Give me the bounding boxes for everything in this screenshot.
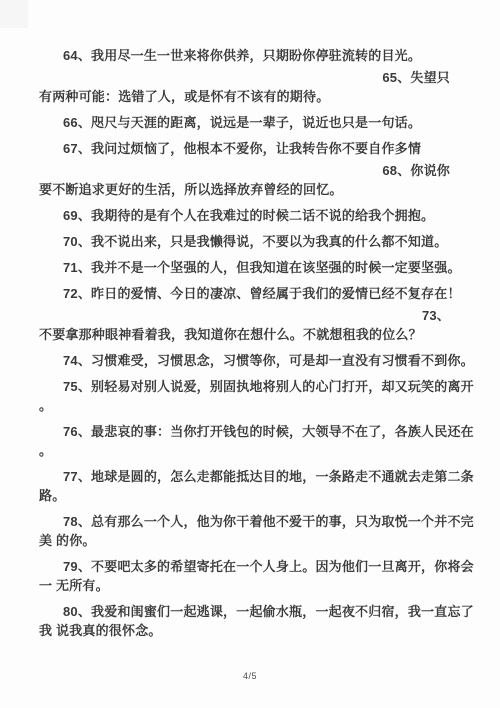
text-line: 69、我期待的是有个人在我难过的时候二话不说的给我个拥抱。 bbox=[39, 206, 450, 225]
page-number: 4/5 bbox=[0, 671, 500, 681]
text-line: 65、失望只 bbox=[39, 68, 450, 87]
text-line: 美 的你。 bbox=[39, 531, 450, 550]
document-page: 64、我用尽一生一世来将你供养，只期盼你停驻流转的目光。65、失望只有两种可能：… bbox=[0, 0, 500, 708]
text-line: 不要拿那种眼神看着我，我知道你在想什么。不就想租我的位么？ bbox=[39, 325, 450, 344]
text-line: 73、 bbox=[39, 306, 450, 325]
text-line: 76、最悲哀的事：当你打开钱包的时候，大领导不在了，各族人民还在 bbox=[39, 422, 450, 441]
text-line: 有两种可能：选错了人，或是怀有不该有的期待。 bbox=[39, 87, 450, 106]
text-line: 67、我问过烦恼了，他根本不爱你，让我转告你不要自作多情 bbox=[39, 139, 450, 158]
text-line: 78、总有那么一个人，他为你干着他不爱干的事，只为取悦一个并不完 bbox=[39, 512, 450, 531]
quote-list: 64、我用尽一生一世来将你供养，只期盼你停驻流转的目光。65、失望只有两种可能：… bbox=[0, 0, 500, 640]
text-line: 要不断追求更好的生活，所以选择放弃曾经的回忆。 bbox=[39, 180, 450, 199]
text-line: 68、你说你 bbox=[39, 161, 450, 180]
text-line: 77、地球是圆的，怎么走都能抵达目的地，一条路走不通就去走第二条 bbox=[39, 467, 450, 486]
text-line: 。 bbox=[39, 396, 450, 415]
text-line: 64、我用尽一生一世来将你供养，只期盼你停驻流转的目光。 bbox=[39, 46, 450, 65]
text-line: 79、不要吧太多的希望寄托在一个人身上。因为他们一旦离开，你将会 bbox=[39, 557, 450, 576]
text-line: 80、我爱和闺蜜们一起逃课，一起偷水瓶，一起夜不归宿，我一直忘了 bbox=[39, 602, 450, 621]
text-line: 。 bbox=[39, 441, 450, 460]
text-line: 66、咫尺与天涯的距离，说远是一辈子，说近也只是一句话。 bbox=[39, 113, 450, 132]
text-line: 75、别轻易对别人说爱，别固执地将别人的心门打开，却又玩笑的离开 bbox=[39, 377, 450, 396]
text-line: 我 说我真的很怀念。 bbox=[39, 621, 450, 640]
text-line: 路。 bbox=[39, 486, 450, 505]
text-line: 一 无所有。 bbox=[39, 576, 450, 595]
text-line: 72、昨日的爱情、今日的凄凉、曾经属于我们的爱情已经不复存在！ bbox=[39, 284, 450, 303]
text-line: 71、我并不是一个坚强的人，但我知道在该坚强的时候一定要坚强。 bbox=[39, 258, 450, 277]
text-line: 74、习惯难受，习惯思念，习惯等你，可是却一直没有习惯看不到你。 bbox=[39, 351, 450, 370]
text-line: 70、我不说出来，只是我懒得说，不要以为我真的什么都不知道。 bbox=[39, 232, 450, 251]
